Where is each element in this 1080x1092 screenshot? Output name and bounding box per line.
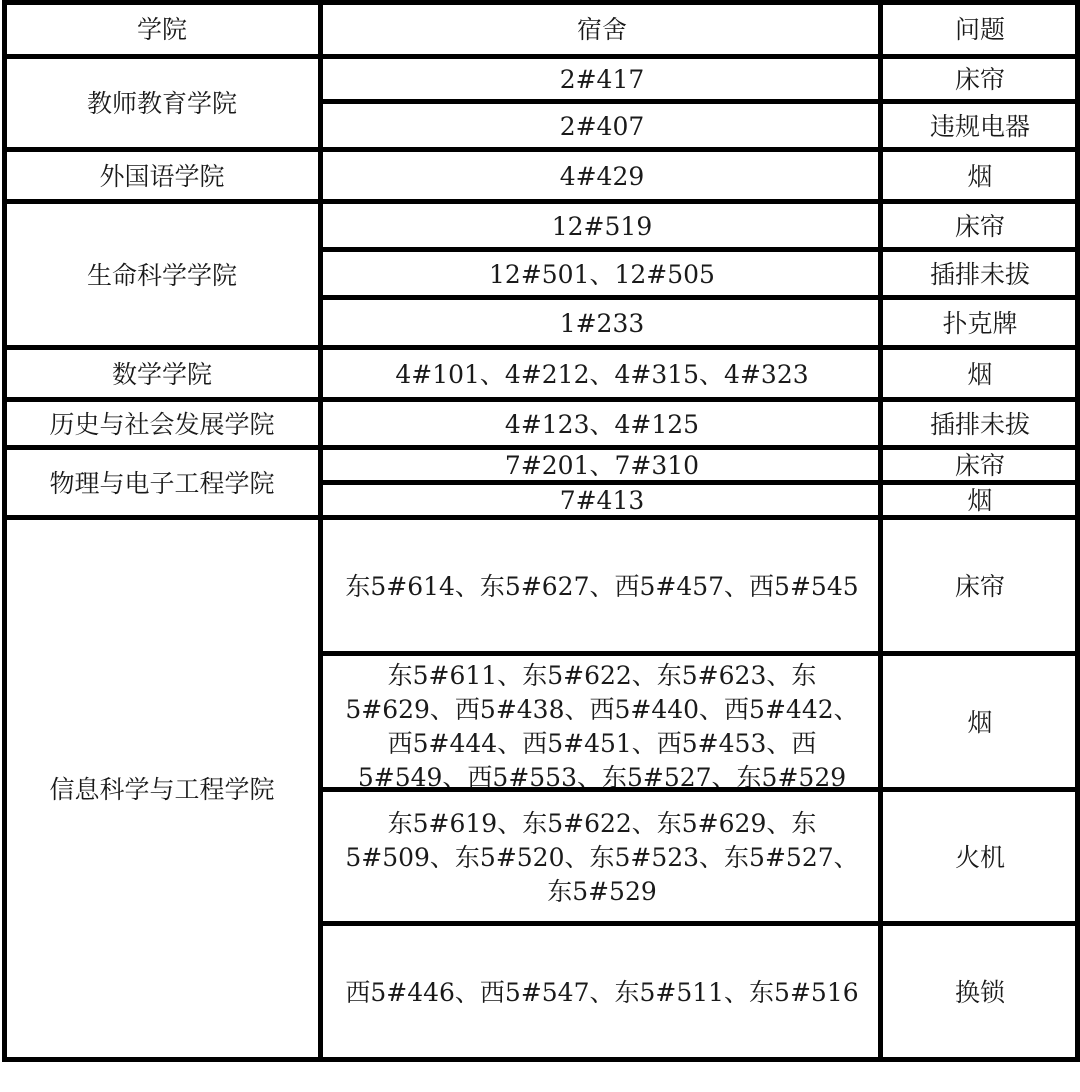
- row-divider: [2, 397, 1080, 402]
- dorm-cell: 东5#611、东5#622、东5#623、东5#629、西5#438、西5#44…: [324, 657, 880, 788]
- issue-cell: 床帘: [884, 60, 1076, 100]
- header-issue: 问题: [884, 4, 1076, 55]
- issue-cell: 换锁: [884, 927, 1076, 1058]
- issue-cell: 插排未拔: [884, 253, 1076, 296]
- row-divider: [2, 147, 1080, 152]
- issue-cell: 烟: [884, 153, 1076, 200]
- dorm-cell: 西5#446、西5#547、东5#511、东5#516: [324, 927, 880, 1058]
- college-cell: 历史与社会发展学院: [4, 403, 320, 446]
- subrow-divider: [318, 921, 1080, 926]
- dorm-cell: 东5#614、东5#627、西5#457、西5#545: [324, 521, 880, 652]
- dorm-cell: 2#417: [324, 60, 880, 100]
- column-divider: [878, 0, 883, 1062]
- dorm-cell: 东5#619、东5#622、东5#629、东5#509、东5#520、东5#52…: [324, 793, 880, 922]
- dorm-cell: 4#101、4#212、4#315、4#323: [324, 351, 880, 398]
- dorm-cell: 4#429: [324, 153, 880, 200]
- row-divider: [2, 515, 1080, 520]
- row-divider: [2, 54, 1080, 59]
- subrow-divider: [318, 787, 1080, 792]
- row-divider: [2, 345, 1080, 350]
- issue-cell: 插排未拔: [884, 403, 1076, 446]
- header-college: 学院: [4, 4, 320, 55]
- college-cell: 生命科学学院: [4, 205, 320, 346]
- college-cell: 外国语学院: [4, 153, 320, 200]
- issue-cell: 烟: [884, 351, 1076, 398]
- table-border-bottom: [2, 1057, 1080, 1062]
- dorm-cell: 12#519: [324, 205, 880, 248]
- table-border-right: [1075, 0, 1080, 1062]
- subrow-divider: [318, 295, 1080, 300]
- issue-cell: 床帘: [884, 451, 1076, 481]
- dorm-cell: 4#123、4#125: [324, 403, 880, 446]
- issue-cell: 床帘: [884, 205, 1076, 248]
- column-divider: [318, 0, 323, 1062]
- issue-cell: 扑克牌: [884, 301, 1076, 346]
- inspection-table: 学院 宿舍 问题 教师教育学院 2#417 床帘 2#407 违规电器 外国语学…: [0, 0, 1080, 1092]
- issue-cell: 烟: [884, 657, 1076, 788]
- table-border-top: [2, 0, 1080, 5]
- dorm-cell: 1#233: [324, 301, 880, 346]
- college-cell: 物理与电子工程学院: [4, 451, 320, 516]
- issue-cell: 烟: [884, 486, 1076, 516]
- dorm-cell: 2#407: [324, 105, 880, 148]
- subrow-divider: [318, 651, 1080, 656]
- row-divider: [2, 199, 1080, 204]
- dorm-cell: 7#201、7#310: [324, 451, 880, 481]
- header-dorm: 宿舍: [324, 4, 880, 55]
- subrow-divider: [318, 99, 1080, 104]
- college-cell: 教师教育学院: [4, 60, 320, 148]
- subrow-divider: [318, 480, 1080, 485]
- table-border-left: [2, 0, 7, 1062]
- college-cell: 信息科学与工程学院: [4, 521, 320, 1058]
- dorm-cell: 12#501、12#505: [324, 253, 880, 296]
- issue-cell: 火机: [884, 793, 1076, 922]
- row-divider: [2, 445, 1080, 450]
- issue-cell: 违规电器: [884, 105, 1076, 148]
- issue-cell: 床帘: [884, 521, 1076, 652]
- subrow-divider: [318, 247, 1080, 252]
- college-cell: 数学学院: [4, 351, 320, 398]
- dorm-cell: 7#413: [324, 486, 880, 516]
